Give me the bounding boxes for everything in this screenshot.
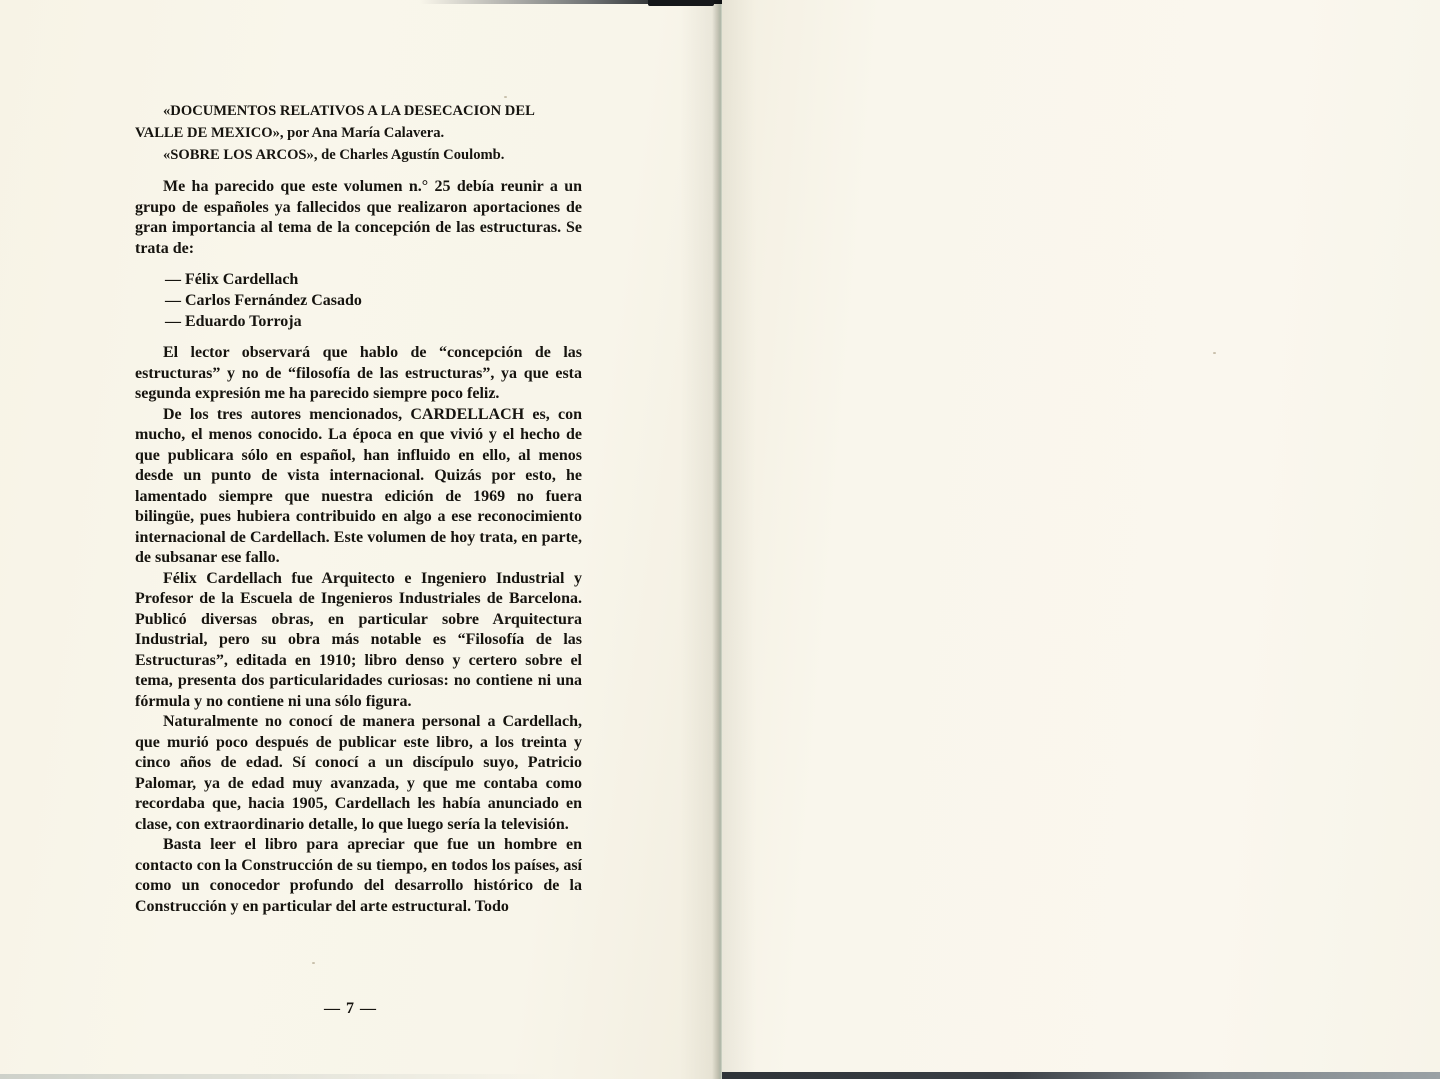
paragraph-patricio-palomar: Naturalmente no conocí de manera persona… xyxy=(135,712,582,835)
paper-speck xyxy=(504,96,507,98)
paragraph-basta-leer: Basta leer el libro para apreciar que fu… xyxy=(135,835,582,917)
author-item: — Eduardo Torroja xyxy=(165,311,582,332)
paper-speck xyxy=(312,962,315,964)
authors-list: — Félix Cardellach — Carlos Fernández Ca… xyxy=(135,269,582,332)
publication-list: «DOCUMENTOS RELATIVOS A LA DESECACION DE… xyxy=(135,100,582,166)
publication-item: «SOBRE LOS ARCOS», de Charles Agustín Co… xyxy=(135,144,582,166)
paragraph-cardellach-conocido: De los tres autores mencionados, CARDELL… xyxy=(135,405,582,569)
page-7: «DOCUMENTOS RELATIVOS A LA DESECACION DE… xyxy=(0,0,722,1079)
scan-edge-top-dark xyxy=(648,0,714,6)
paper-speck xyxy=(1213,352,1216,354)
publication-item: «DOCUMENTOS RELATIVOS A LA DESECACION DE… xyxy=(135,100,582,144)
page-7-text-column: «DOCUMENTOS RELATIVOS A LA DESECACION DE… xyxy=(135,100,582,917)
paragraph-el-lector: El lector observará que hablo de “concep… xyxy=(135,343,582,405)
intro-paragraph: Me ha parecido que este volumen n.° 25 d… xyxy=(135,177,582,259)
page-number-7: — 7 — xyxy=(127,1000,574,1018)
paragraph-cardellach-bio: Félix Cardellach fue Arquitecto e Ingeni… xyxy=(135,569,582,713)
author-item: — Carlos Fernández Casado xyxy=(165,290,582,311)
scan-edge-bottom-left xyxy=(0,1074,545,1079)
scan-edge-bottom-right xyxy=(722,1072,1440,1079)
author-item: — Félix Cardellach xyxy=(165,269,582,290)
page-8: ello hizo posible el formidable esfuerzo… xyxy=(722,0,1440,1079)
book-scan: «DOCUMENTOS RELATIVOS A LA DESECACION DE… xyxy=(0,0,1440,1079)
